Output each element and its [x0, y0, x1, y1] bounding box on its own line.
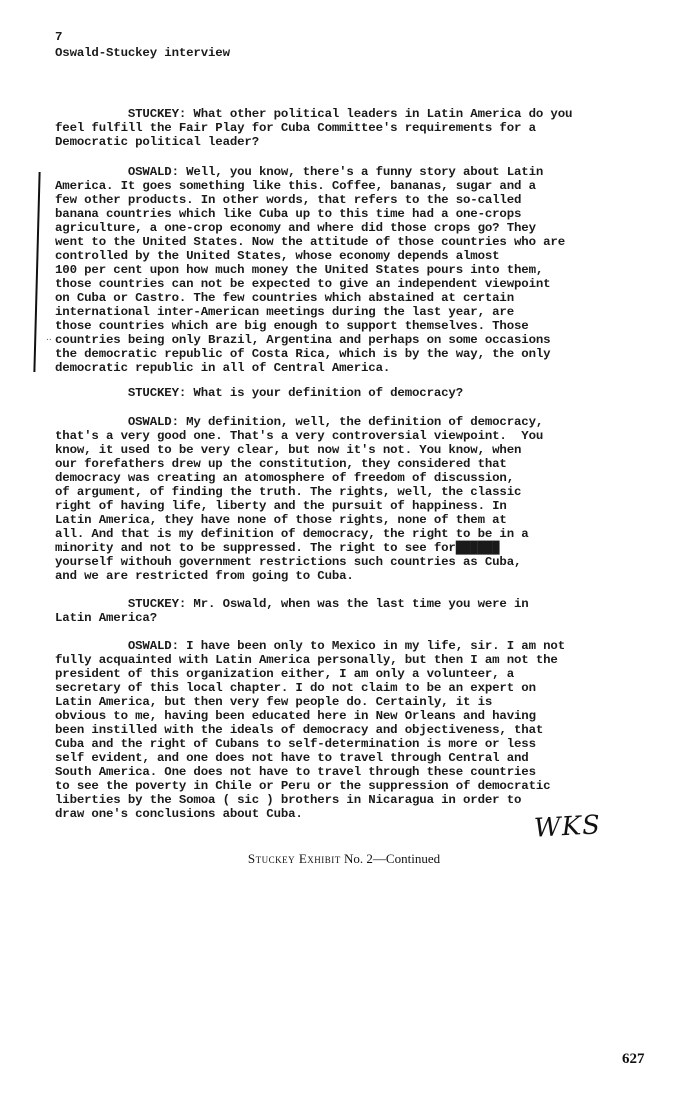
oswald-text-line: controlled by the United States, whose e… — [55, 249, 499, 263]
oswald-text-line: South America. One does not have to trav… — [55, 765, 536, 779]
oswald-text-line: self evident, and one does not have to t… — [55, 751, 529, 765]
oswald-text-line: all. And that is my definition of democr… — [55, 527, 529, 541]
oswald-text-line: OSWALD: Well, you know, there's a funny … — [55, 165, 543, 179]
page-number: 627 — [622, 1051, 645, 1068]
handwritten-initials: WKS — [533, 810, 601, 843]
oswald-text-line: minority and not to be suppressed. The r… — [55, 541, 499, 555]
oswald-text-line: fully acquainted with Latin America pers… — [55, 653, 558, 667]
margin-dots: .. — [46, 333, 52, 343]
oswald-text-line: OSWALD: My definition, well, the definit… — [55, 415, 543, 429]
oswald-text-line: to see the poverty in Chile or Peru or t… — [55, 779, 550, 793]
oswald-text-line: 100 per cent upon how much money the Uni… — [55, 263, 543, 277]
oswald-text-line: few other products. In other words, that… — [55, 193, 521, 207]
oswald-text-line: international inter-American meetings du… — [55, 305, 514, 319]
oswald-text-line: Latin America, they have none of those r… — [55, 513, 507, 527]
margin-bracket-line — [33, 172, 43, 372]
stuckey-text-line: Democratic political leader? — [55, 135, 259, 149]
oswald-text-line: been instilled with the ideals of democr… — [55, 723, 543, 737]
oswald-text-line: those countries can not be expected to g… — [55, 277, 550, 291]
oswald-text-line: Cuba and the right of Cubans to self-det… — [55, 737, 536, 751]
oswald-text-line: right of having life, liberty and the pu… — [55, 499, 507, 513]
oswald-text-line: America. It goes something like this. Co… — [55, 179, 536, 193]
document-title: Oswald-Stuckey interview — [55, 46, 230, 60]
stuckey-text-line: STUCKEY: Mr. Oswald, when was the last t… — [55, 597, 529, 611]
oswald-text-line: Latin America, but then very few people … — [55, 695, 492, 709]
stuckey-text-line: STUCKEY: What is your definition of demo… — [55, 386, 463, 400]
stuckey-text-line: feel fulfill the Fair Play for Cuba Comm… — [55, 121, 536, 135]
oswald-text-line: obvious to me, having been educated here… — [55, 709, 536, 723]
oswald-text-line: of argument, of finding the truth. The r… — [55, 485, 521, 499]
stuckey-text-line: Latin America? — [55, 611, 157, 625]
oswald-text-line: democratic republic in all of Central Am… — [55, 361, 390, 375]
oswald-text-line: democracy was creating an atomosphere of… — [55, 471, 514, 485]
oswald-text-line: OSWALD: I have been only to Mexico in my… — [55, 639, 565, 653]
oswald-text-line: know, it used to be very clear, but now … — [55, 443, 521, 457]
oswald-text-line: that's a very good one. That's a very co… — [55, 429, 543, 443]
oswald-text-line: liberties by the Somoa ( sic ) brothers … — [55, 793, 521, 807]
oswald-text-line: on Cuba or Castro. The few countries whi… — [55, 291, 514, 305]
exhibit-caption-label: Stuckey Exhibit — [248, 851, 341, 866]
exhibit-caption-number: No. 2—Continued — [341, 851, 440, 866]
document-page: 7 Oswald-Stuckey interview .. STUCKEY: W… — [0, 0, 688, 1094]
oswald-text-line: countries being only Brazil, Argentina a… — [55, 333, 550, 347]
oswald-text-line: yourself withouh government restrictions… — [55, 555, 521, 569]
oswald-text-line: secretary of this local chapter. I do no… — [55, 681, 536, 695]
oswald-text-line: our forefathers drew up the constitution… — [55, 457, 507, 471]
oswald-text-line: the democratic republic of Costa Rica, w… — [55, 347, 550, 361]
oswald-text-line: and we are restricted from going to Cuba… — [55, 569, 354, 583]
oswald-text-line: banana countries which like Cuba up to t… — [55, 207, 521, 221]
oswald-text-line: president of this organization either, I… — [55, 667, 514, 681]
oswald-text-line: went to the United States. Now the attit… — [55, 235, 565, 249]
oswald-text-line: draw one's conclusions about Cuba. — [55, 807, 303, 821]
oswald-text-line: those countries which are big enough to … — [55, 319, 529, 333]
oswald-text-line: agriculture, a one-crop economy and wher… — [55, 221, 536, 235]
stuckey-text-line: STUCKEY: What other political leaders in… — [55, 107, 572, 121]
page-marker: 7 — [55, 30, 62, 44]
exhibit-caption: Stuckey Exhibit No. 2—Continued — [0, 851, 688, 867]
